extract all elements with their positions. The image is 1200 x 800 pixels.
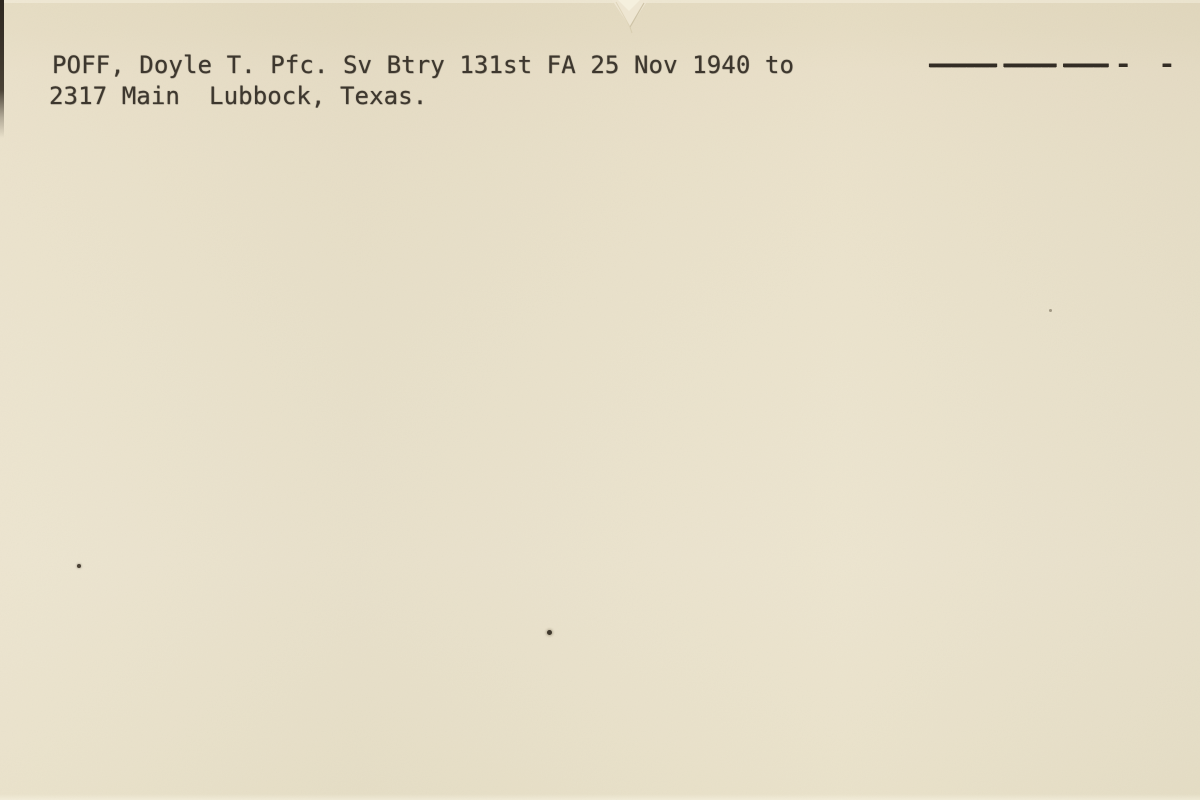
ink-speck-1 xyxy=(77,564,81,568)
typed-line-1: POFF, Doyle T. Pfc. Sv Btry 131st FA 25 … xyxy=(52,53,794,77)
typed-line-2: 2317 Main Lubbock, Texas. xyxy=(49,84,427,108)
ink-speck-3 xyxy=(1049,309,1052,312)
top-edge-tear xyxy=(598,0,662,34)
bottom-edge-highlight xyxy=(0,794,1200,800)
top-edge-highlight xyxy=(0,0,1200,3)
scan-edge-shadow xyxy=(0,0,4,138)
ink-speck-2 xyxy=(547,630,552,635)
paper-texture xyxy=(0,0,1200,800)
typed-dash-run: --------- ------- ------ xyxy=(926,52,1105,76)
typed-dash-tail: - - xyxy=(1116,52,1174,76)
index-card: POFF, Doyle T. Pfc. Sv Btry 131st FA 25 … xyxy=(0,0,1200,800)
